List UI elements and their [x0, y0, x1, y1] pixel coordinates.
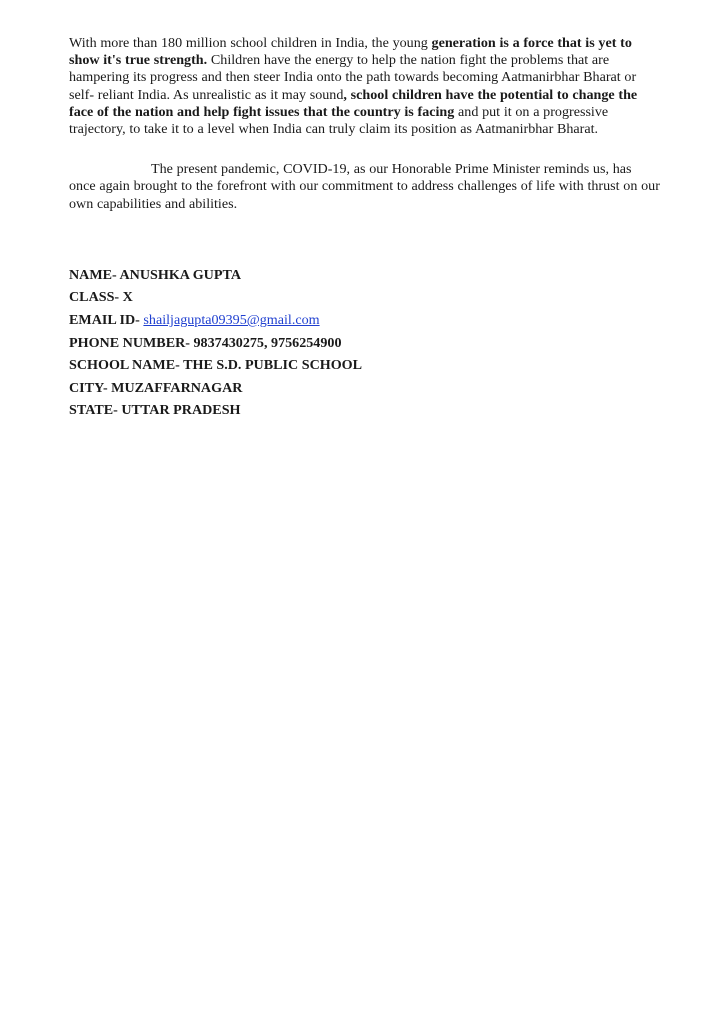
contact-details: NAME- ANUSHKA GUPTA CLASS- X EMAIL ID- s… — [69, 264, 661, 422]
contact-state: STATE- UTTAR PRADESH — [69, 399, 661, 422]
paragraph-pandemic: The present pandemic, COVID-19, as our H… — [69, 161, 661, 213]
contact-class-label: CLASS- — [69, 289, 123, 305]
contact-email-label: EMAIL ID- — [69, 312, 143, 328]
document-page: With more than 180 million school childr… — [69, 35, 661, 422]
contact-class-value: X — [123, 289, 133, 305]
contact-phone-value: 9837430275, 9756254900 — [194, 335, 342, 351]
contact-name-label: NAME- — [69, 267, 120, 283]
contact-class: CLASS- X — [69, 286, 661, 309]
contact-city-label: CITY- — [69, 380, 111, 396]
contact-name-value: ANUSHKA GUPTA — [120, 267, 242, 283]
contact-city-value: MUZAFFARNAGAR — [111, 380, 242, 396]
email-link[interactable]: shailjagupta09395@gmail.com — [143, 312, 319, 328]
contact-state-value: UTTAR PRADESH — [121, 402, 240, 418]
contact-school-value: THE S.D. PUBLIC SCHOOL — [183, 357, 362, 373]
contact-name: NAME- ANUSHKA GUPTA — [69, 264, 661, 287]
paragraph-intro: With more than 180 million school childr… — [69, 35, 661, 138]
paragraph-intro-segment-0: With more than 180 million school childr… — [69, 35, 432, 51]
contact-state-label: STATE- — [69, 402, 121, 418]
contact-phone: PHONE NUMBER- 9837430275, 9756254900 — [69, 332, 661, 355]
contact-city: CITY- MUZAFFARNAGAR — [69, 377, 661, 400]
contact-email: EMAIL ID- shailjagupta09395@gmail.com — [69, 309, 661, 332]
contact-school-label: SCHOOL NAME- — [69, 357, 183, 373]
contact-phone-label: PHONE NUMBER- — [69, 335, 194, 351]
contact-school: SCHOOL NAME- THE S.D. PUBLIC SCHOOL — [69, 354, 661, 377]
